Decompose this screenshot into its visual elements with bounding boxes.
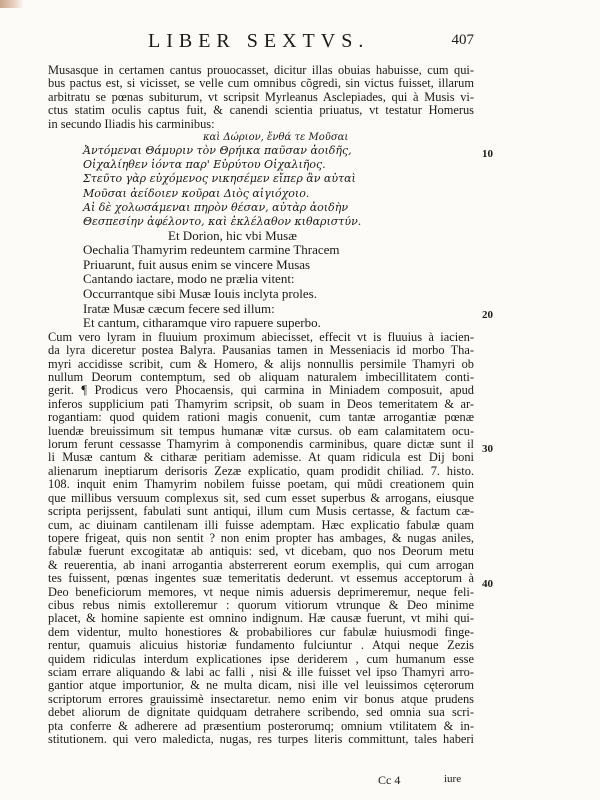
text-line: nullum Deorum contemptum, sed ob aliquam… bbox=[48, 371, 474, 384]
text-line: tes fuissent, pœnas ingentes suæ temerit… bbox=[48, 572, 474, 585]
text-line: 108. inquit enim Thamyrim nobilem fuisse… bbox=[48, 478, 474, 491]
text-line: ctus statim oculis captus fuit, & canend… bbox=[48, 104, 474, 117]
text-line: myri accidisse scribit, cum & Homero, & … bbox=[48, 358, 474, 371]
latin-verse-line: Cantando iactare, modo ne prælia vitent: bbox=[48, 272, 474, 287]
latin-verse-line: Et cantum, citharamque viro rapuere supe… bbox=[48, 316, 474, 331]
page-body: Musasque in certamen cantus prouocasset,… bbox=[48, 64, 474, 746]
text-line: bus pactus est, si vicisset, se velle cu… bbox=[48, 77, 474, 90]
margin-line-number: 30 bbox=[482, 443, 493, 455]
text-line: gantior atque importunior, & ne multa di… bbox=[48, 679, 474, 692]
text-line: Deo beneficiorum memores, vt neque nimis… bbox=[48, 586, 474, 599]
text-line: que millibus versuum complexus sit, sed … bbox=[48, 492, 474, 505]
text-line: alienarum ineptiarum derisoris Zezæ expl… bbox=[48, 465, 474, 478]
text-line: topere frigeat, quis non sentit ? non en… bbox=[48, 532, 474, 545]
text-line: li Musæ cantum & citharæ peritiam ademis… bbox=[48, 451, 474, 464]
text-line: fabulæ fuerunt excogitatæ ab antiquis: s… bbox=[48, 545, 474, 558]
greek-verse-title: καὶ Δώριον, ἔνθά τε Μοῦσαι bbox=[48, 131, 474, 144]
catchword: iure bbox=[444, 773, 461, 785]
margin-line-number: 20 bbox=[482, 309, 493, 321]
margin-line-number: 10 bbox=[482, 148, 493, 160]
page-binding-edge bbox=[0, 0, 24, 8]
margin-line-number: 40 bbox=[482, 578, 493, 590]
text-line: quidem ridiculas interdum explicationes … bbox=[48, 653, 474, 666]
text-line: scripta perijssent, fabulati sunt antiqu… bbox=[48, 505, 474, 518]
latin-verse-line: Oechalia Thamyrim redeuntem carmine Thra… bbox=[48, 243, 474, 258]
greek-verse-line: Στεῦτο γὰρ εὐχόμενος νικησέμεν εἴπερ ἂν … bbox=[48, 172, 474, 186]
prose-top: Musasque in certamen cantus prouocasset,… bbox=[48, 64, 474, 131]
text-line: rogantiam: quod quidem rationi magis con… bbox=[48, 411, 474, 424]
text-line: arbitratu se pœnas subiturum, vt scripsi… bbox=[48, 91, 474, 104]
greek-verse-line: Θεσπεσίην ἀφέλοντο, καὶ ἐκλέλαθον κιθαρι… bbox=[48, 215, 474, 229]
text-line: Cum vero lyram in fluuium proximum abiec… bbox=[48, 331, 474, 344]
page-number: 407 bbox=[452, 32, 475, 49]
greek-verse-quotation: καὶ Δώριον, ἔνθά τε Μοῦσαι Ἀντόμεναι Θάμ… bbox=[48, 131, 474, 229]
text-line: lorum ferunt cessasse Thamyrim à compone… bbox=[48, 438, 474, 451]
latin-verse-line: Occurrantque sibi Musæ Iouis inclyta pro… bbox=[48, 287, 474, 302]
text-line: gerit. ¶ Prodicus vero Phocaensis, qui c… bbox=[48, 384, 474, 397]
text-line: da lyra diceretur postea Balyra. Pausani… bbox=[48, 344, 474, 357]
latin-verse-line: Iratæ Musæ cæcum fecere sed illum: bbox=[48, 302, 474, 317]
text-line: cibus rebus nimis extolleremur : quorum … bbox=[48, 599, 474, 612]
text-line: luendæ breuissimum sit tempus humanæ vit… bbox=[48, 425, 474, 438]
latin-verse-title: Et Dorion, hic vbi Musæ bbox=[48, 229, 474, 243]
text-line: sciam errare aliquando & labi ac falli ,… bbox=[48, 666, 474, 679]
text-line: placet, & homine sapiente est omnino ind… bbox=[48, 612, 474, 625]
text-line: scriptorum errores grauissimè insectaret… bbox=[48, 693, 474, 706]
text-line: debet aliorum de dignitate quidquam detr… bbox=[48, 706, 474, 719]
greek-verse-line: Οἰχαλίηθεν ἰόντα παρ' Εὐρύτου Οἰχαλιῆος. bbox=[48, 158, 474, 172]
text-line: Musasque in certamen cantus prouocasset,… bbox=[48, 64, 474, 77]
text-line: pta conferre & adherere ad præsentium po… bbox=[48, 720, 474, 733]
greek-verse-line: Ἀντόμεναι Θάμυριν τὸν Θρήικα παῦσαν ἀοιδ… bbox=[48, 144, 474, 158]
latin-verse-translation: Et Dorion, hic vbi Musæ Oechalia Thamyri… bbox=[48, 229, 474, 331]
text-line: inferos supplicium pati Thamyrim scripsi… bbox=[48, 398, 474, 411]
text-line: in secundo Iliadis his carminibus: bbox=[48, 118, 474, 131]
prose-main: Cum vero lyram in fluuium proximum abiec… bbox=[48, 331, 474, 747]
page-header: LIBER SEXTVS. 407 bbox=[48, 30, 474, 52]
text-line: dem videntur, multo honestiores & probab… bbox=[48, 626, 474, 639]
greek-verse-line: Μοῦσαι ἀείδοιεν κοῦραι Διὸς αἰγιόχοιο. bbox=[48, 187, 474, 201]
text-line: & reuerentia, ab inani arrogantia abster… bbox=[48, 559, 474, 572]
signature-mark: Cc 4 bbox=[378, 773, 400, 788]
text-line: cum, ac diuinam cantilenam illi fuisse a… bbox=[48, 519, 474, 532]
greek-verse-line: Αἱ δὲ χολωσάμεναι πηρὸν θέσαν, αὐτὰρ ἀοι… bbox=[48, 201, 474, 215]
text-line: rentur, quamuis alicuius historiæ fundam… bbox=[48, 639, 474, 652]
text-line: stitutionem. qui vero maledicta, nugas, … bbox=[48, 733, 474, 746]
running-head: LIBER SEXTVS. bbox=[148, 30, 369, 53]
latin-verse-line: Priuarunt, fuit ausus enim se vincere Mu… bbox=[48, 258, 474, 273]
